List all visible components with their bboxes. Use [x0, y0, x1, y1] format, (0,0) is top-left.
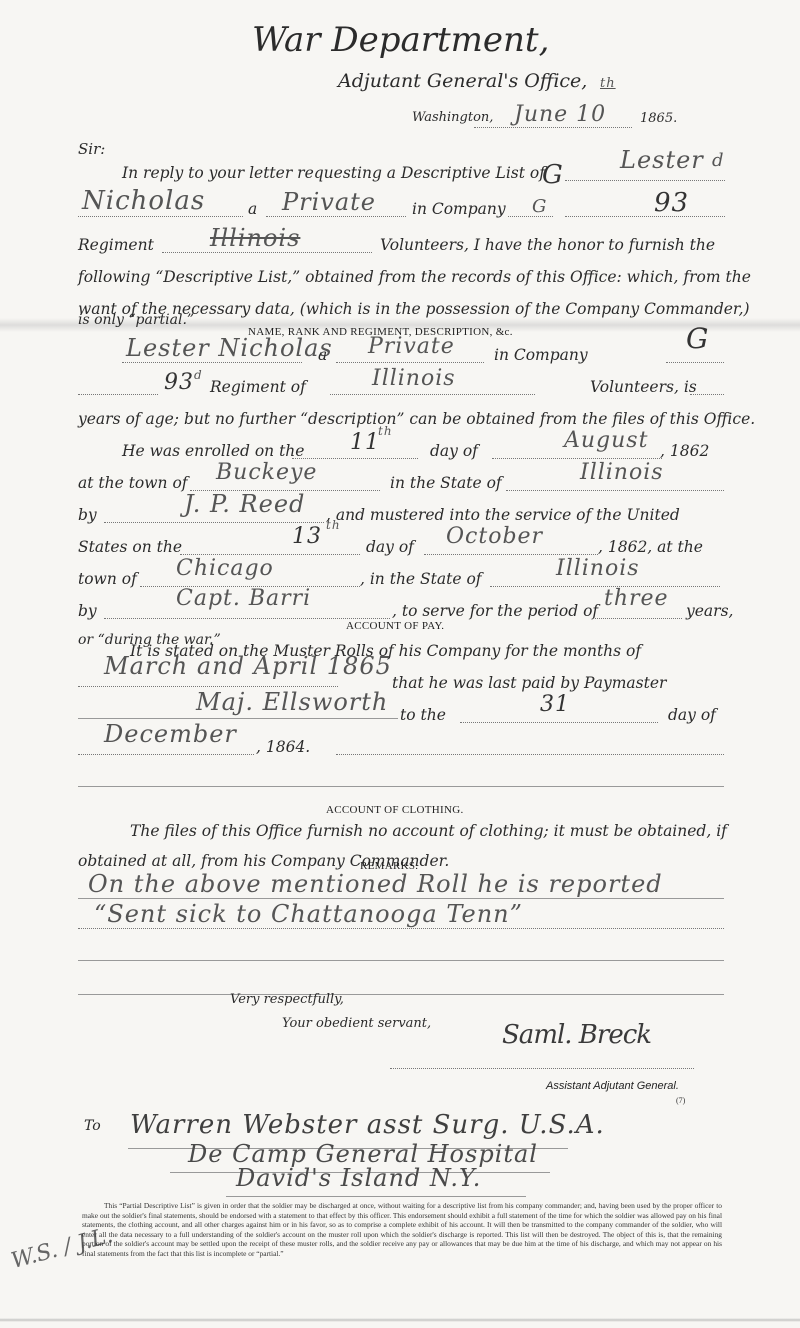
addressee-line3-handwritten: David's Island N.Y.	[236, 1164, 481, 1192]
footnote-text: This “Partial Descriptive List” is given…	[82, 1201, 722, 1259]
descriptive-list-document: War Department, Adjutant General's Offic…	[0, 0, 800, 1328]
intro-state-handwritten: Illinois	[210, 224, 300, 252]
date-field-line	[474, 127, 632, 128]
intro-a: a	[248, 200, 257, 218]
intro-line1: In reply to your letter requesting a Des…	[122, 164, 545, 182]
intro-state-line	[162, 252, 372, 253]
mustered-year-text: , 1862, at the	[598, 538, 703, 556]
pay-months-line	[78, 686, 338, 687]
mustered-day-line	[180, 554, 360, 555]
date-month-handwritten: June 10	[514, 102, 606, 127]
age-line-field	[690, 394, 724, 395]
regiment-num-handwritten: 93	[164, 370, 194, 395]
remarks-line-2	[78, 928, 724, 929]
paid-year: , 1864.	[256, 738, 310, 756]
paymaster-handwritten: Maj. Ellsworth	[196, 688, 388, 716]
town-of-label: town of	[78, 570, 137, 588]
enrolled-day-suffix-handwritten: th	[378, 424, 393, 438]
paid-month-line	[78, 754, 254, 755]
intro-regiment-num-handwritten: 93	[654, 188, 689, 218]
section-heading-clothing: ACCOUNT OF CLOTHING.	[326, 804, 464, 816]
addressee-line-3	[226, 1196, 526, 1197]
intro-line4-text: following “Descriptive List,” obtained f…	[78, 268, 751, 286]
mustered-state-handwritten: Illinois	[556, 556, 640, 581]
mustered-text: , and mustered into the service of the U…	[326, 506, 680, 524]
department-title: War Department,	[252, 20, 549, 60]
enrolled-by-handwritten: J. P. Reed	[184, 490, 305, 518]
remarks-line1-handwritten: On the above mentioned Roll he is report…	[88, 870, 663, 898]
addressee-to: To	[84, 1118, 101, 1134]
signature-line	[390, 1068, 694, 1069]
closing-line1: Very respectfully,	[230, 992, 344, 1007]
enrolled-year: , 1862	[660, 442, 709, 460]
period-line	[592, 618, 682, 619]
mustered-by-handwritten: Capt. Barri	[176, 586, 311, 611]
intro-surname-line	[78, 216, 243, 217]
state-handwritten: Illinois	[372, 366, 456, 391]
office-title: Adjutant General's Office,	[338, 70, 587, 92]
enrolled-state-line	[506, 490, 724, 491]
closing-line2: Your obedient servant,	[282, 1016, 431, 1031]
clothing-line1: The files of this Office furnish no acco…	[130, 822, 727, 840]
states-on-the-label: States on the	[78, 538, 182, 556]
intro-regiment-line	[565, 216, 725, 217]
age-statement: years of age; but no further “descriptio…	[78, 410, 755, 428]
mustered-month-handwritten: October	[446, 524, 543, 549]
mustered-by-line	[104, 618, 390, 619]
signer-title: Assistant Adjutant General.	[546, 1080, 679, 1092]
enrolled-month-handwritten: August	[564, 428, 648, 453]
pay-months-handwritten: March and April 1865	[104, 652, 392, 680]
enrolled-day-handwritten: 11	[350, 430, 380, 455]
enrolled-state-handwritten: Illinois	[580, 460, 664, 485]
rank-handwritten: Private	[368, 334, 455, 359]
remarks-line-3	[78, 960, 724, 961]
rank-line	[336, 362, 484, 363]
intro-rank-handwritten: Private	[282, 188, 376, 216]
paid-day-handwritten: 31	[540, 692, 570, 717]
pay-extra-line-1	[336, 754, 724, 755]
mustered-day-handwritten: 13	[292, 524, 322, 549]
intro-surname-handwritten: Nicholas	[82, 186, 205, 216]
regiment-suffix-handwritten: d	[194, 368, 203, 382]
name-handwritten: Lester Nicholas	[126, 334, 333, 362]
by-label: by	[78, 506, 97, 524]
salutation: Sir:	[78, 140, 105, 158]
addressee-line1-handwritten: Warren Webster asst Surg. U.S.A.	[130, 1110, 605, 1140]
pay-line2-text: that he was last paid by Paymaster	[392, 674, 666, 692]
company-handwritten: G	[686, 322, 709, 355]
mustered-town-handwritten: Chicago	[176, 556, 274, 581]
name-a: a	[318, 346, 327, 364]
volunteers-is-label: Volunteers, is	[590, 378, 697, 396]
mustered-month-line	[424, 554, 598, 555]
place-label: Washington,	[412, 110, 493, 125]
mustered-day-of: day of	[366, 538, 414, 556]
paid-month-handwritten: December	[104, 720, 237, 748]
enrolled-day-of: day of	[430, 442, 478, 460]
by-label-2: by	[78, 602, 97, 620]
years-label: years,	[686, 602, 733, 620]
serve-text: , to serve for the period of	[392, 602, 598, 620]
date-suffix-handwritten: th	[600, 76, 616, 91]
intro-regiment-label: Regiment	[78, 236, 154, 254]
signature-handwritten: Saml. Breck	[502, 1020, 651, 1050]
in-company-label: in Company	[494, 346, 588, 364]
regiment-of-label: Regiment of	[210, 378, 306, 396]
intro-line6-text: is only “partial.”	[78, 312, 194, 328]
remarks-line-1	[78, 898, 724, 899]
period-handwritten: three	[604, 586, 669, 611]
to-the-label: to the	[400, 706, 446, 724]
intro-first-name-handwritten: Lester	[620, 146, 704, 174]
pay-extra-line-2	[78, 786, 724, 787]
remarks-line2-handwritten: “Sent sick to Chattanooga Tenn”	[94, 900, 523, 928]
date-year: 1865.	[640, 111, 677, 126]
enrolled-town-handwritten: Buckeye	[216, 460, 317, 485]
mustered-in-state-of-label: , in the State of	[360, 570, 482, 588]
enrolled-by-line	[104, 522, 324, 523]
name-line	[122, 362, 302, 363]
intro-rank-line	[266, 216, 406, 217]
paid-day-of: day of	[668, 706, 716, 724]
scan-artifact-band-bottom	[0, 1318, 800, 1322]
regiment-num-line	[78, 394, 158, 395]
enrolled-prefix: He was enrolled on the	[122, 442, 304, 460]
paid-day-line	[460, 722, 658, 723]
remarks-line-4	[78, 994, 724, 995]
intro-regiment-suffix-handwritten: d	[712, 150, 725, 171]
enrolled-day-line	[292, 458, 418, 459]
form-number: (7)	[676, 1096, 685, 1105]
in-state-of-label: in the State of	[390, 474, 502, 492]
intro-company-mark-handwritten: G	[542, 160, 564, 190]
company-line	[666, 362, 724, 363]
state-line	[330, 394, 535, 395]
paymaster-line	[78, 718, 398, 719]
intro-in-company: in Company	[412, 200, 506, 218]
town-prefix: at the town of	[78, 474, 188, 492]
intro-line3-text: Volunteers, I have the honor to furnish …	[380, 236, 715, 254]
mustered-day-suffix-handwritten: th	[326, 518, 341, 532]
enrolled-month-line	[492, 458, 662, 459]
intro-name-line	[565, 180, 725, 181]
section-heading-pay: ACCOUNT OF PAY.	[346, 620, 444, 632]
intro-company-handwritten: G	[532, 196, 547, 217]
